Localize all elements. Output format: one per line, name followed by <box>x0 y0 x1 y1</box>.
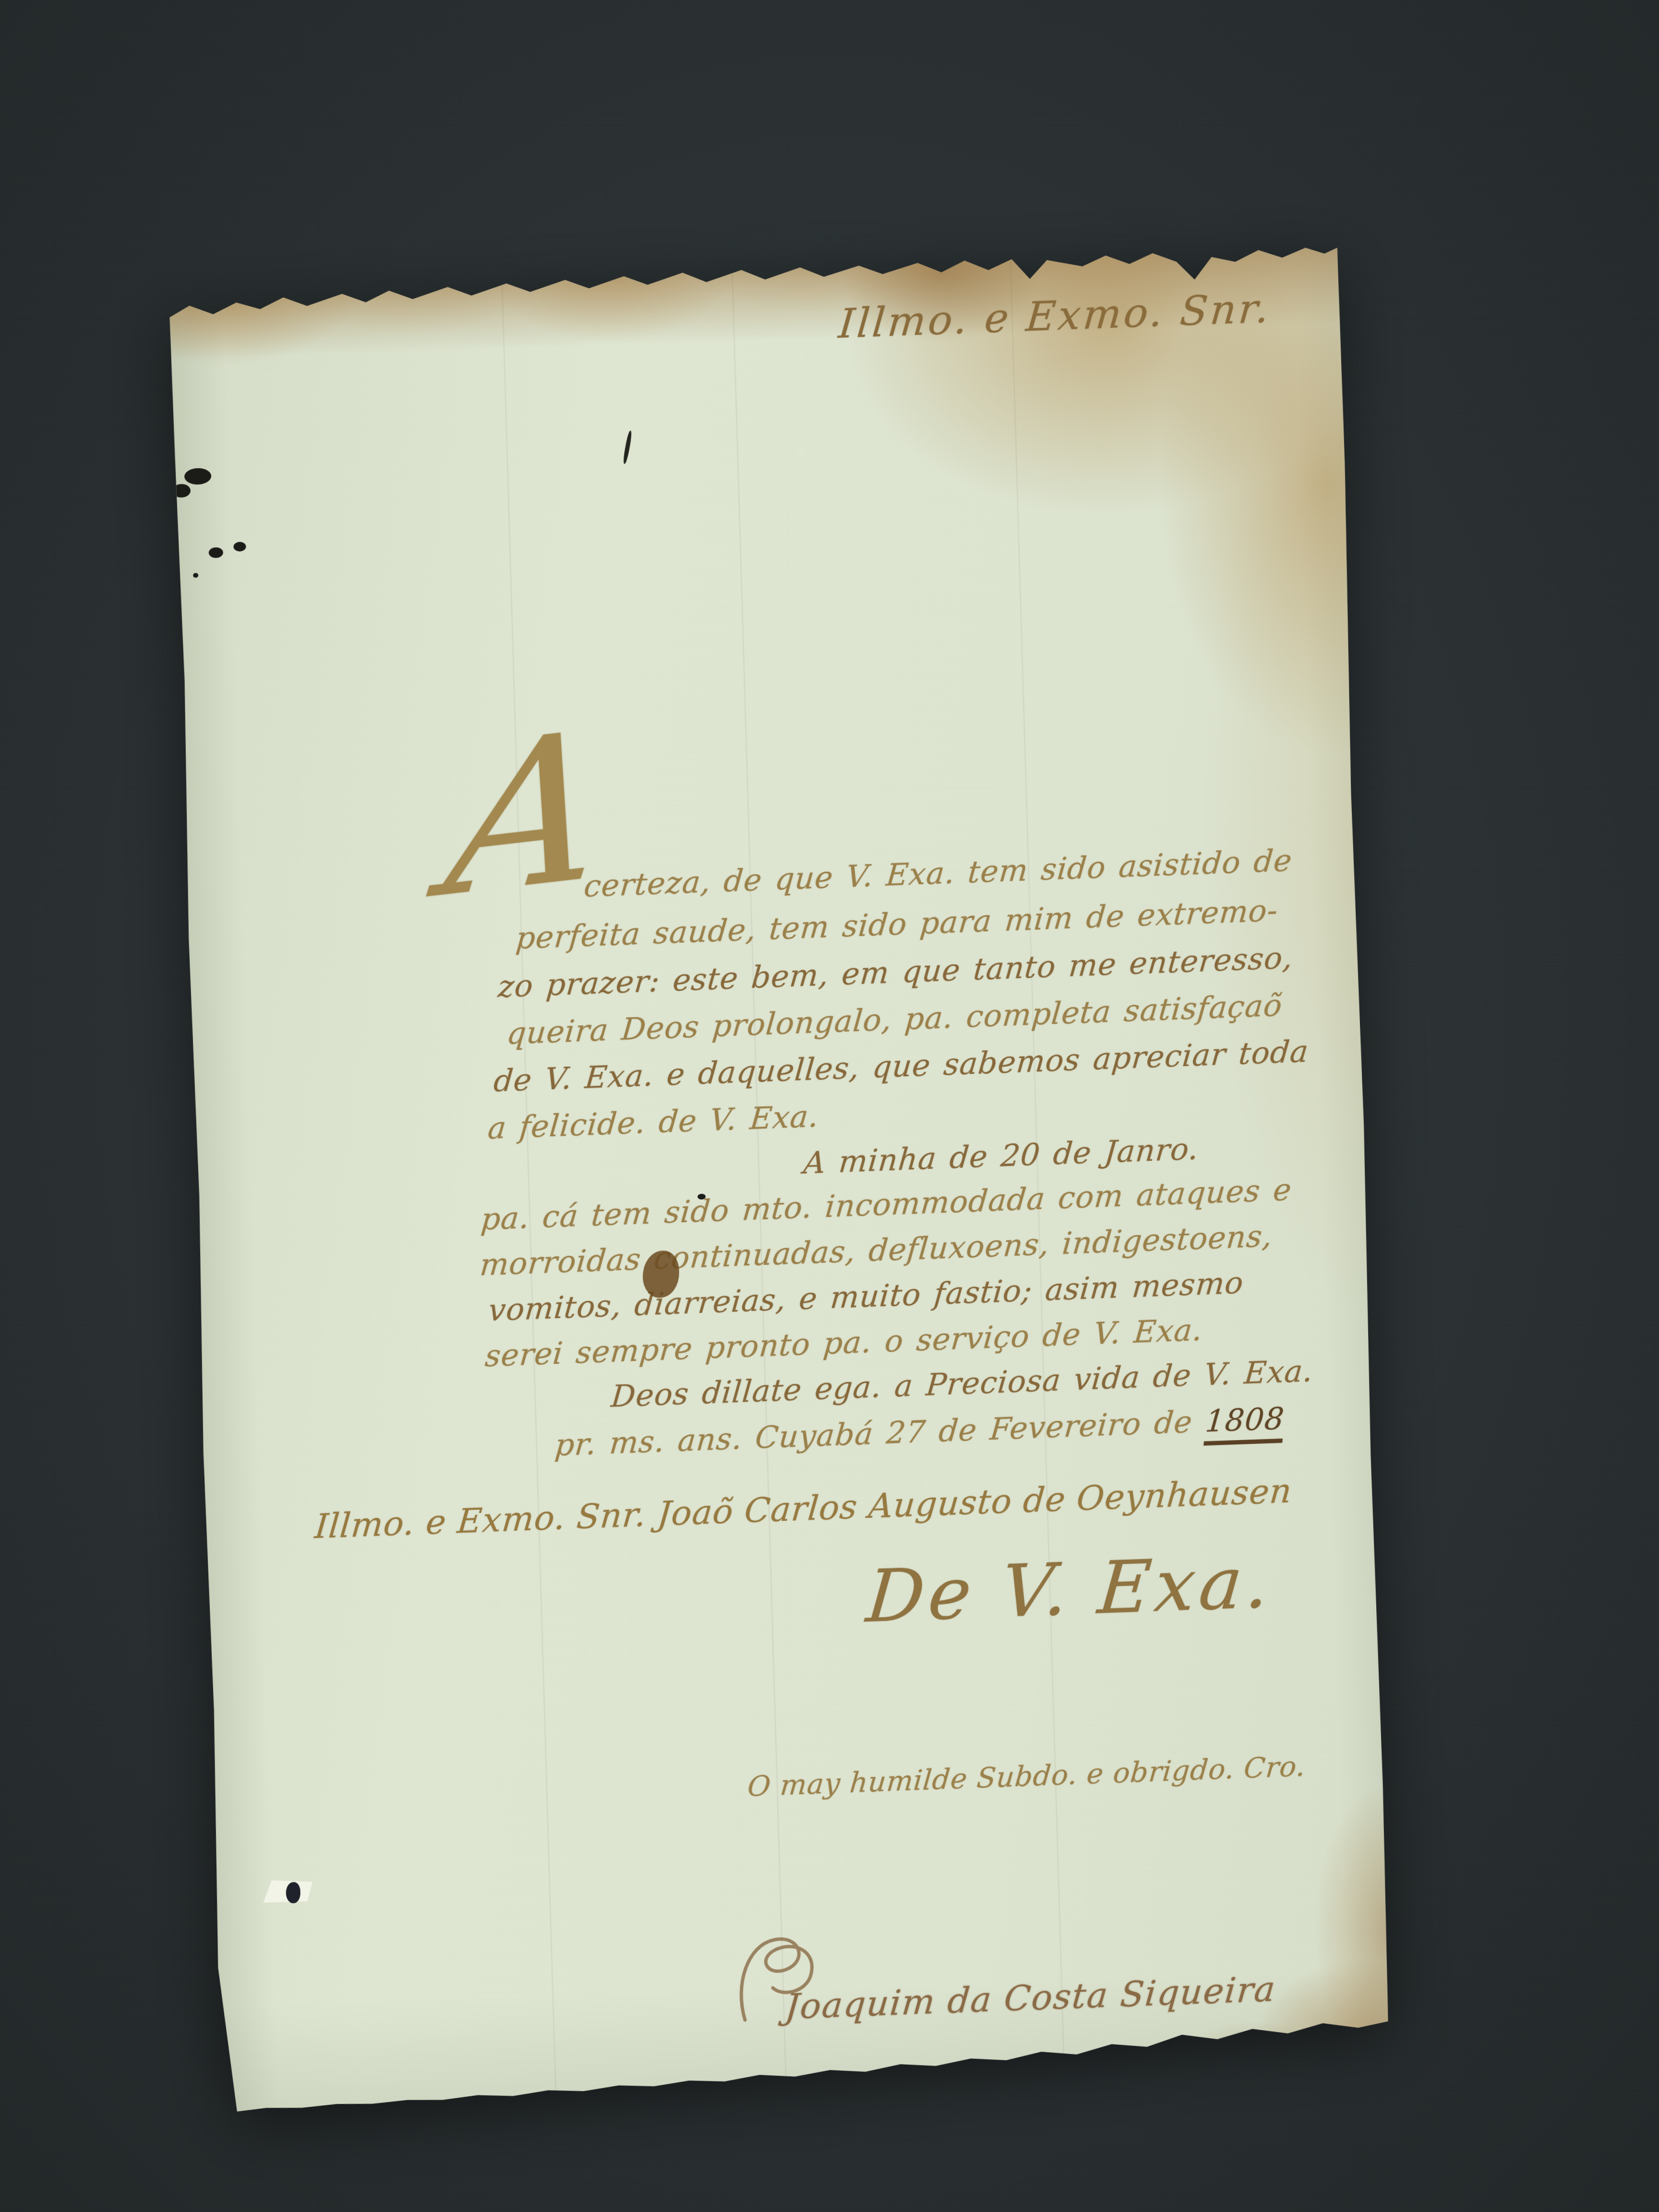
para2-line-1: A minha de 20 de Janro. <box>802 1131 1200 1180</box>
ink-speck <box>208 547 223 558</box>
addressee-line: Illmo. e Exmo. Snr. Joaõ Carlos Augusto … <box>313 1471 1294 1546</box>
letter-heading: Illmo. e Exmo. Snr. <box>837 284 1273 347</box>
ink-speck <box>184 468 212 485</box>
paper-crease <box>501 267 557 2104</box>
letter-paper-wrap: Illmo. e Exmo. Snr. A certeza, de que V.… <box>165 242 1395 2115</box>
dedication-line: De V. Exa. <box>863 1540 1276 1639</box>
paper-chip <box>256 1879 313 1903</box>
para1-line-6: a felicide. de V. Exa. <box>486 1099 820 1146</box>
ink-blot <box>286 1882 301 1903</box>
ink-speck <box>233 541 246 552</box>
photo-backdrop: Illmo. e Exmo. Snr. A certeza, de que V.… <box>0 0 1659 2212</box>
signature-line: Joaquim da Costa Siqueira <box>784 1969 1278 2027</box>
ink-speck <box>172 484 191 498</box>
closing-line: O may humilde Subdo. e obrigdo. Cro. <box>746 1750 1307 1803</box>
para1-line-1: certeza, de que V. Exa. tem sido asistid… <box>583 843 1294 904</box>
paper-crease <box>731 260 787 2098</box>
letter-paper: Illmo. e Exmo. Snr. A certeza, de que V.… <box>165 242 1395 2115</box>
ink-streak <box>622 431 632 464</box>
date-prefix: pr. ms. ans. Cuyabá 27 de Fevereiro de <box>553 1404 1207 1463</box>
ink-speck <box>193 573 198 577</box>
date-year-underlined: 1808 <box>1203 1401 1286 1445</box>
